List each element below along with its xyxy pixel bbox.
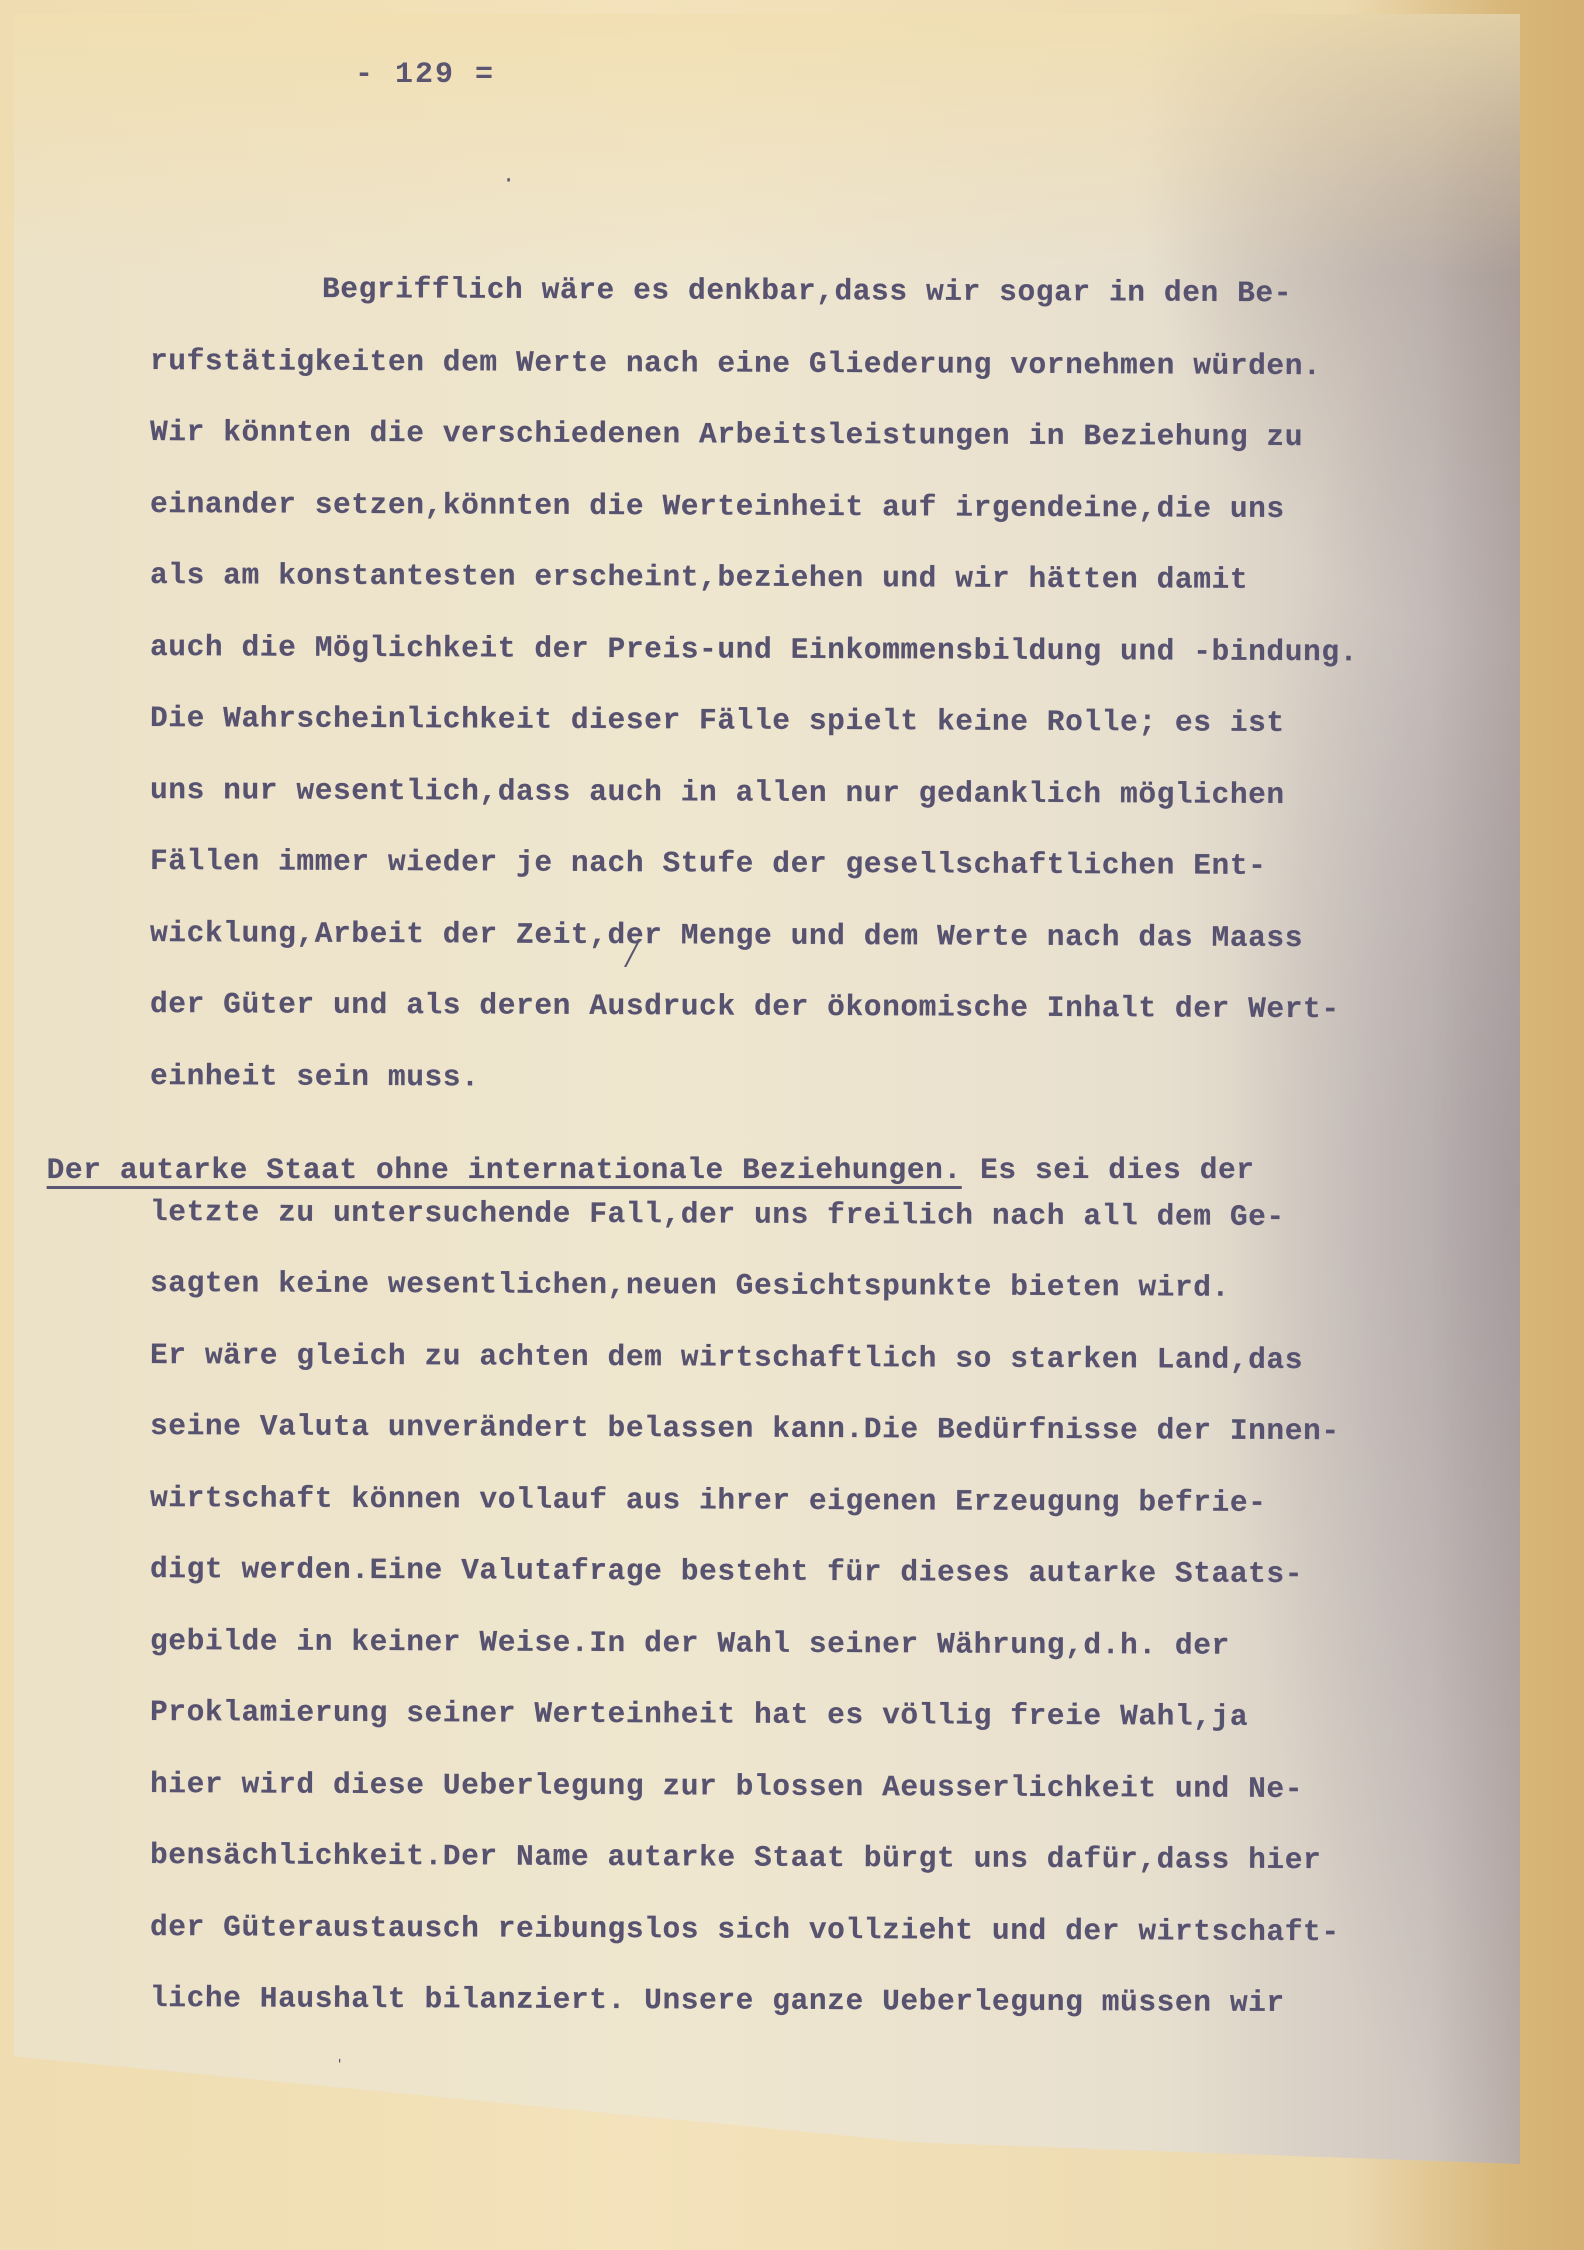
heading-continuation: Es sei dies der [962, 1153, 1255, 1187]
ink-mark: · [502, 168, 515, 193]
text-line: seine Valuta unverändert belassen kann.D… [150, 1412, 1340, 1447]
text-line: hier wird diese Ueberlegung zur blossen … [150, 1770, 1303, 1805]
text-line: einander setzen,könnten die Werteinheit … [150, 490, 1285, 524]
text-line: Proklamierung seiner Werteinheit hat es … [150, 1698, 1248, 1732]
ink-mark: ⁄ [620, 935, 644, 980]
text-line: wicklung,Arbeit der Zeit,der Menge und d… [150, 919, 1303, 954]
text-line: Wir könnten die verschiedenen Arbeitslei… [150, 418, 1303, 453]
text-line: Begrifflich wäre es denkbar,dass wir sog… [322, 275, 1292, 309]
text-line: rufstätigkeiten dem Werte nach eine Glie… [150, 347, 1322, 382]
text-line: einheit sein muss. [150, 1062, 480, 1093]
text-line: bensächlichkeit.Der Name autarke Staat b… [150, 1841, 1322, 1876]
text-line: gebilde in keiner Weise.In der Wahl sein… [150, 1627, 1230, 1661]
text-line: uns nur wesentlich,dass auch in allen nu… [150, 776, 1285, 810]
text-line: digt werden.Eine Valutafrage besteht für… [150, 1555, 1303, 1590]
text-line: auch die Möglichkeit der Preis-und Einko… [150, 633, 1358, 668]
ink-mark: ˌ [333, 2040, 346, 2065]
page-number: - 129 = [355, 58, 495, 92]
text-line: Er wäre gleich zu achten dem wirtschaftl… [150, 1341, 1303, 1376]
text-line: der Güter und als deren Ausdruck der öko… [150, 990, 1340, 1025]
text-line: als am konstantesten erscheint,beziehen … [150, 561, 1248, 595]
paper-tint [14, 14, 1520, 274]
section-heading-line: Der autarke Staat ohne internationale Be… [10, 1126, 1255, 1185]
text-line: letzte zu untersuchende Fall,der uns fre… [150, 1198, 1285, 1232]
text-line: der Güteraustausch reibungslos sich voll… [150, 1913, 1340, 1948]
text-line: Fällen immer wieder je nach Stufe der ge… [150, 847, 1267, 881]
text-line: wirtschaft können vollauf aus ihrer eige… [150, 1484, 1267, 1518]
section-heading: Der autarke Staat ohne internationale Be… [47, 1153, 962, 1187]
text-line: sagten keine wesentlichen,neuen Gesichts… [150, 1269, 1230, 1303]
text-line: liche Haushalt bilanziert. Unsere ganze … [150, 1984, 1285, 2018]
text-line: Die Wahrscheinlichkeit dieser Fälle spie… [150, 704, 1285, 738]
